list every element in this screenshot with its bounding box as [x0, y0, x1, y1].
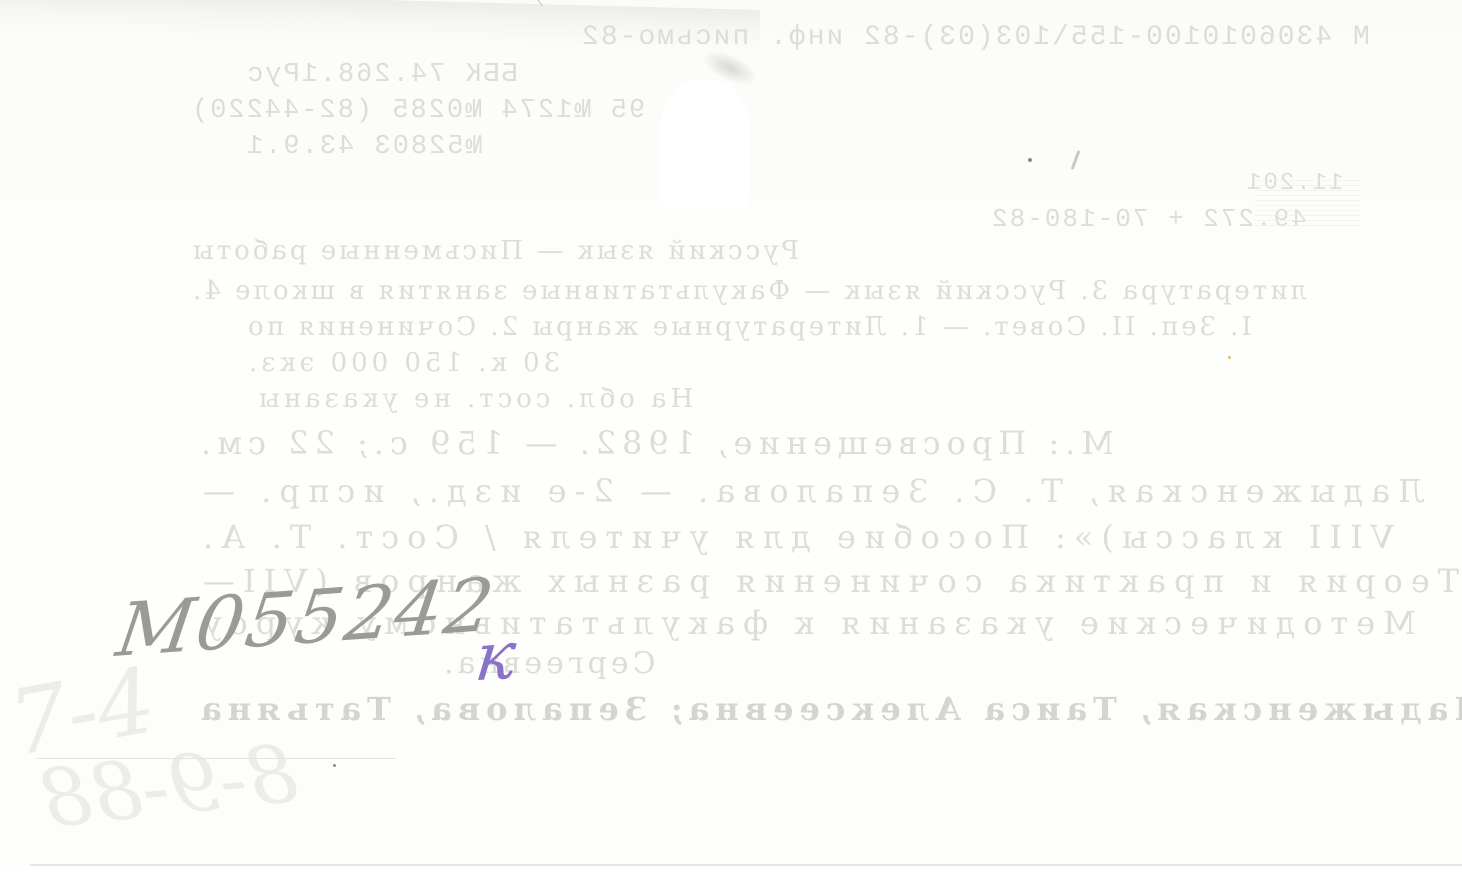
paper-tear-patch — [660, 80, 750, 210]
yellow-speck — [1228, 356, 1231, 359]
mirrored-title-line-3: VIII классы)»: Пособие для учителя / Сос… — [195, 518, 1394, 556]
mirrored-bk-line-1: ББК 74.268.1Рус — [245, 60, 518, 90]
mirrored-code-line: М 4306010100-155\103(03)-82 инф. письмо-… — [580, 22, 1370, 53]
faint-stamp-block — [1255, 180, 1360, 230]
catalog-card: М 4306010100-155\103(03)-82 инф. письмо-… — [0, 0, 1462, 866]
pencil-rule-line — [36, 758, 396, 759]
mirrored-note-line: На обл. сост. не указаны — [255, 384, 693, 414]
mirrored-publisher-line: М.: Просвещение, 1982. — 159 с.; 22 см. — [195, 424, 1114, 462]
mirrored-bk-line-2: 95 №1274 №0285 (82-44220) — [190, 96, 645, 126]
mirrored-subjects-line-2: литература 3. Русский язык — Факультатив… — [190, 276, 1307, 306]
ink-speck — [1028, 158, 1032, 162]
mirrored-price-line: 30 к. 150 000 экз. — [245, 348, 560, 378]
ink-speck — [333, 764, 336, 767]
scanner-background — [0, 866, 1462, 888]
mirrored-authors-line: Ладыженская, Т. С. Зепалова. — 2-е изд.,… — [195, 472, 1425, 510]
handwritten-inventory-suffix: к — [472, 617, 520, 697]
ink-streak — [1071, 150, 1081, 170]
mirrored-subjects-line-1: Русский язык — Письменные работы — [190, 236, 799, 266]
mirrored-subtitle-line: Сергеевна. — [440, 646, 655, 681]
mirrored-subjects-line-3: I. Зеп. II. Совет. — 1. Литературные жан… — [245, 312, 1252, 342]
mirrored-bk-line-3: №52803 43.9.1 — [245, 132, 482, 162]
mirrored-heading-line: Ладыженская, Таиса Алексеевна; Зепалова,… — [195, 690, 1462, 728]
